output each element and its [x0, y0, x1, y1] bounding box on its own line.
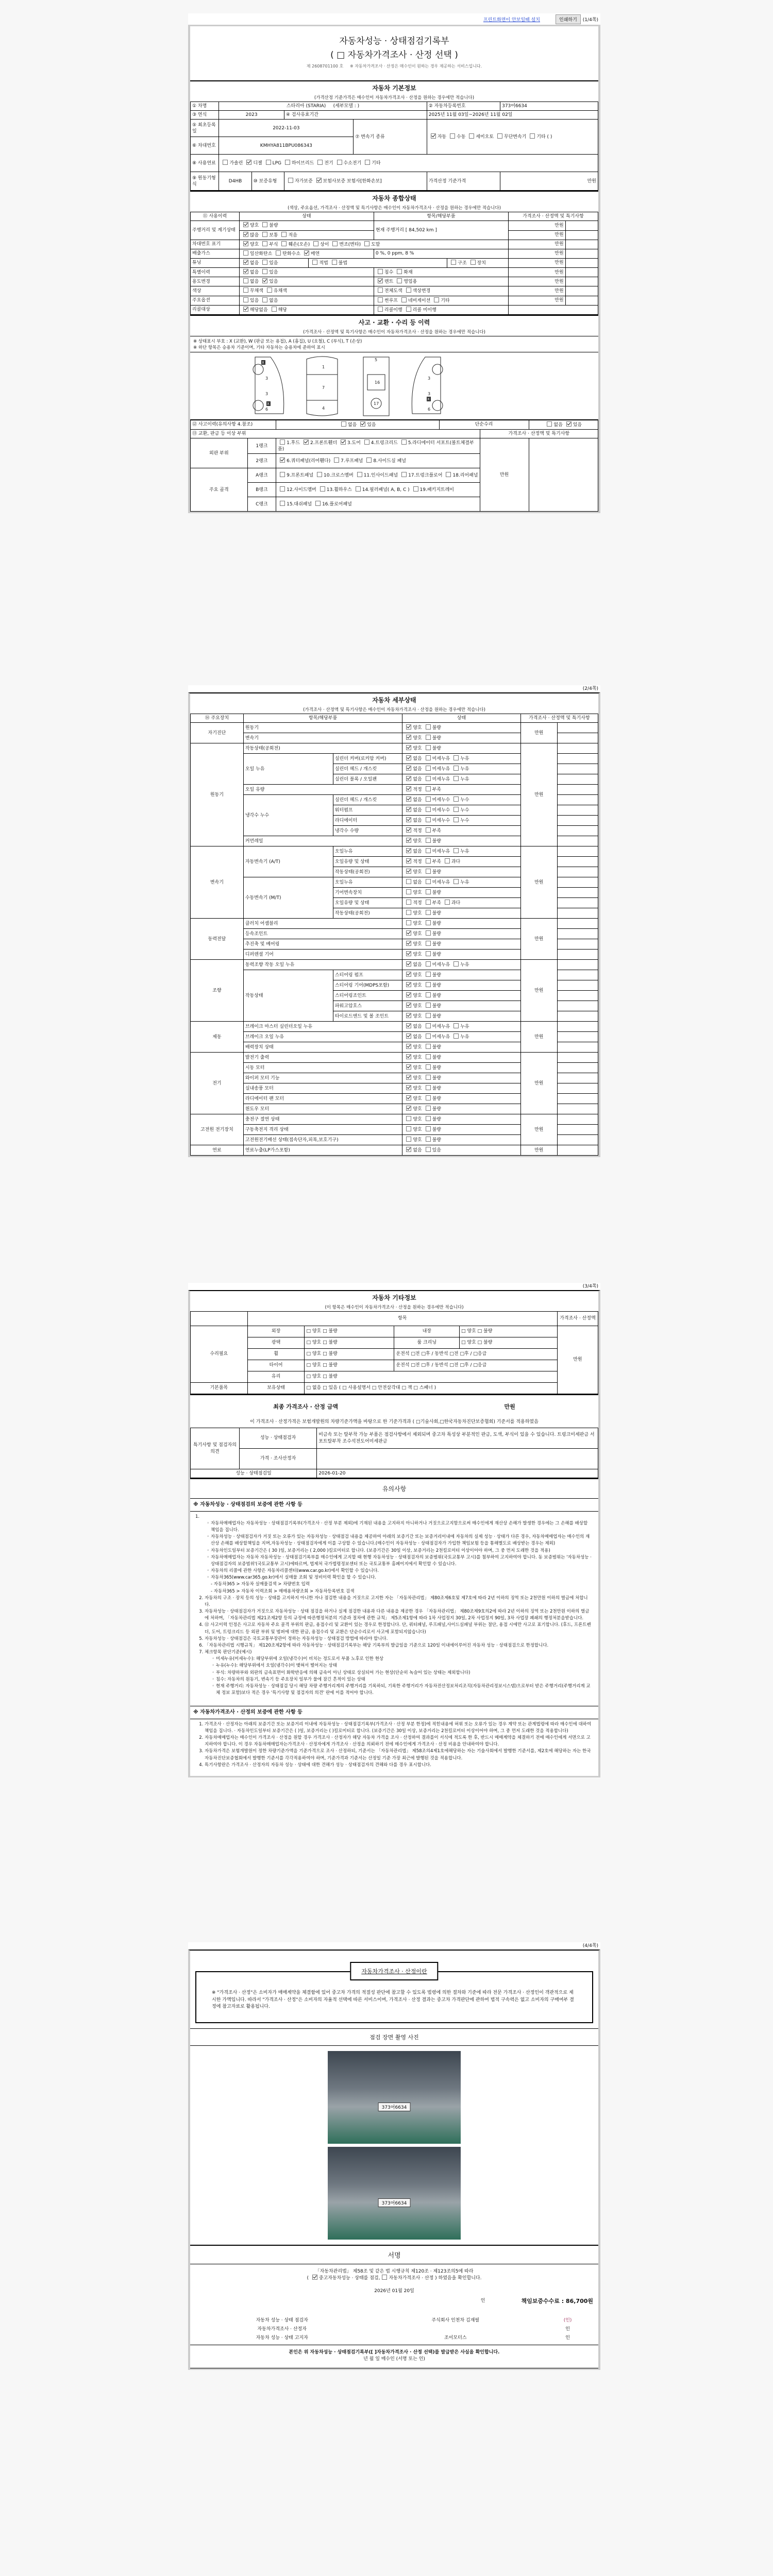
checkbox [426, 879, 431, 884]
install-link[interactable]: 프린트화면이 안보일때 설치 [483, 16, 540, 23]
checkbox-label: 없음 [250, 270, 259, 275]
svg-text:3: 3 [428, 392, 430, 396]
checkbox [406, 827, 411, 833]
checkbox [406, 992, 411, 997]
checkbox [281, 232, 287, 237]
checkbox [406, 786, 411, 791]
checkbox [378, 287, 383, 293]
checkbox-label: 보험사보증 보험사[한화손보] [323, 179, 382, 184]
overall-row: 주행거리 및 계기상태양호 불량현재 주행거리 [ 84,502 km ]만원 [191, 221, 598, 230]
checkbox [453, 796, 459, 802]
checkbox-label: 렌트 [384, 279, 393, 284]
accident-header: 사고 · 교환 · 수리 등 이력(가격조사 · 산정액 및 특기사항은 매수인… [190, 315, 598, 336]
svg-text:7: 7 [322, 385, 325, 390]
checkbox [426, 858, 431, 863]
checkbox-label: 14.필러패널( A, B, C ) [362, 487, 410, 493]
checkbox [426, 941, 431, 946]
checkbox-label: 많음 [250, 233, 259, 238]
checkbox [566, 421, 572, 427]
page-number: (2/4쪽) [188, 685, 600, 692]
checkbox-label: 7.루프패널 [341, 459, 363, 464]
checkbox-label: 무단변속기 [504, 134, 526, 140]
checkbox [469, 133, 474, 139]
overall-row: 차대번호 표기양호 부식 훼손(오손) 상이 변조(변타) 도말만원 [191, 240, 598, 249]
checkbox-label: 장치 [477, 261, 486, 266]
checkbox [401, 439, 407, 445]
notice-body: ※ 자동차성능 · 상태점검의 보증에 관한 사항 등 1. 자동차매매업자는 … [190, 1498, 598, 1776]
checkbox-label: 유채색 [274, 289, 287, 294]
appraisal-notice-item: 가격조사 · 산정자는 아래의 보증기간 또는 보증거리 이내에 자동차성능 ·… [205, 1721, 593, 1735]
checkbox-label: 4.트렁크리드 [371, 440, 398, 446]
checkbox [426, 951, 431, 956]
checkbox-label: 매연 [311, 251, 320, 257]
checkbox-label: 있음 [367, 422, 376, 428]
checkbox [453, 879, 459, 884]
checkbox [426, 1116, 431, 1121]
checkbox [366, 457, 372, 463]
checkbox-label: 적음 [288, 233, 297, 238]
svg-text:X: X [427, 397, 430, 401]
checkbox [406, 910, 411, 915]
checkbox [426, 1126, 431, 1131]
checkbox [312, 260, 317, 265]
checkbox [426, 930, 431, 936]
checkbox [406, 838, 411, 843]
checkbox [426, 745, 431, 750]
checkbox [406, 869, 411, 874]
appraisal-notice-item: 자동차매매업자는 매수인이 가격조사 · 산정을 원할 경우 가격조사 · 산정… [205, 1735, 593, 1748]
photo-header: 점검 장면 촬영 사진 [190, 2028, 598, 2045]
checkbox [243, 250, 248, 256]
checkbox-label: 없음 [269, 298, 278, 303]
checkbox [357, 472, 362, 477]
checkbox [401, 297, 407, 302]
checkbox [280, 486, 285, 492]
checkbox [378, 278, 383, 283]
checkbox [243, 232, 248, 237]
checkbox-label: 있음 [269, 261, 278, 266]
checkbox-label: 15.대쉬패널 [287, 502, 312, 507]
checkbox-label: 네비게이션 [408, 298, 430, 303]
seal-icon: 인 [537, 2325, 598, 2332]
checkbox [406, 889, 411, 894]
confirm-inspection-checkbox [312, 2275, 317, 2280]
notice-bullet: 자동차인도일부터 보증기간은 ( 30 )일, 보증거리는 ( 2,000 )킬… [211, 1548, 593, 1554]
doc-number: 제 2608701100 호 [307, 64, 343, 69]
checkbox [223, 160, 228, 165]
checkbox [406, 1137, 411, 1142]
page-2: (2/4쪽) 자동차 세부상태(가격조사 · 산정액 및 특기사항은 매수인이 … [188, 685, 600, 1157]
detail-table: ⑭ 주요장치항목/해당부품상태가격조사 · 산정액 및 특기사항자기진단원동기양… [190, 714, 598, 1156]
overall-header: 자동차 종합상태(색상, 주요옵션, 가격조사 · 산정액 및 특기사항은 매수… [190, 191, 598, 212]
notice-header: 유의사항 [190, 1478, 598, 1498]
checkbox-label: 전기 [324, 161, 333, 166]
notice-bullet: 자동차매매업자는 자동차성능 · 상태점검기록부(가격조사 · 산정 부분 제외… [211, 1520, 593, 1534]
checkbox-label: 적법 [319, 261, 328, 266]
checkbox [262, 269, 267, 274]
checkbox [280, 457, 285, 463]
checkbox [334, 457, 339, 463]
checkbox-label: 상이 [320, 242, 329, 247]
checkbox [434, 297, 439, 302]
checkbox [426, 910, 431, 915]
detail-row: 전기발전기 출력양호 불량만원 [191, 1053, 598, 1063]
checkbox [341, 421, 346, 427]
seal-icon: (인) [537, 2316, 598, 2323]
checkbox [406, 900, 411, 905]
checkbox [397, 278, 402, 283]
checkbox-label: 수소전기 [344, 161, 362, 166]
checkbox [406, 1033, 411, 1039]
appraisal-notice-item: 특기사항란은 가격조사 · 산정자의 자동차 성능 · 상태에 대한 견해가 성… [205, 1762, 593, 1769]
checkbox [320, 486, 325, 492]
checkbox-label: 구조 [458, 261, 466, 266]
checkbox-label: 무채색 [250, 289, 263, 294]
other-row: 타이어□ 양호 □ 불량운전석 □전 □후 / 동반석 □전 □후 / □응급 [191, 1360, 598, 1371]
checkbox-label: 불법 [339, 261, 347, 266]
checkbox [276, 250, 281, 256]
checkbox [316, 178, 322, 183]
checkbox [341, 439, 346, 445]
checkbox-label: 기타 ( ) [536, 134, 552, 140]
basic-info-table: ① 차명스타리아 (STARIA) (세부모델 : )② 자동차등록번호373어… [190, 101, 598, 191]
checkbox [470, 260, 476, 265]
checkbox [453, 817, 459, 822]
overall-row: 배출가스일산화탄소 탄화수소 매연0 %, 0 ppm, 8 %만원 [191, 249, 598, 258]
checkbox-label: 자가보증 [295, 179, 313, 184]
checkbox [280, 472, 285, 477]
checkbox [426, 1044, 431, 1049]
inspection-photo-rear: 373어6634 [328, 2147, 461, 2240]
svg-text:16: 16 [375, 380, 380, 385]
checkbox [406, 1147, 411, 1152]
checkbox-label: 있음 [250, 298, 259, 303]
checkbox [406, 879, 411, 884]
detail-row: 조향동력조향 작동 오일 누유없음 미세누유 누유만원 [191, 960, 598, 970]
warranty-options: 자가보증 보험사보증 보험사[한화손보] [284, 172, 427, 191]
checkbox [243, 278, 248, 283]
checkbox-label: 1.후드 [287, 440, 300, 446]
detail-row: 변속기자동변속기 (A/T)오일누유없음 미세누유 누유만원 [191, 846, 598, 857]
checkbox-label: 6.쿼터패널(리어휀다) [287, 459, 330, 464]
checkbox [243, 297, 248, 302]
checkbox [406, 766, 411, 771]
checkbox [262, 278, 267, 283]
checkbox-label: 없음 [348, 422, 357, 428]
checkbox-label: 보통 [269, 233, 278, 238]
criteria-bullet: 미세누유(미세누수): 해당부위에 오일(냉각수)이 비치는 정도로서 부품 노… [216, 1656, 593, 1663]
checkbox [426, 1003, 431, 1008]
checkbox [445, 858, 450, 863]
overall-row: 리콜대상해당없음 해당리콜이행 리콜 미이행 [191, 305, 598, 314]
checkbox-label: 리콜 미이행 [413, 308, 436, 313]
checkbox [304, 439, 309, 445]
checkbox [406, 1044, 411, 1049]
notice-item: 체크항목 판단기준(예시) [205, 1649, 593, 1656]
checkbox [406, 1116, 411, 1121]
checkbox [453, 776, 459, 781]
checkbox [453, 1023, 459, 1028]
svg-text:3: 3 [265, 392, 268, 396]
status-legend: ※ 상태표시 부호 : X (교환), W (판금 또는 용접), A (흠집)… [190, 336, 598, 352]
svg-text:X: X [262, 361, 264, 365]
checkbox [426, 982, 431, 987]
overall-row: 튜닝없음 있음적법 불법구조 장치만원 [191, 258, 598, 267]
inspection-date: 2026-01-20 [317, 1469, 598, 1478]
checkbox [304, 250, 309, 256]
checkbox [262, 297, 267, 302]
notice-item: ⑫ 사고이력 인정은 사고로 자동차 주요 골격 부위의 판금, 용접수리 및 … [205, 1622, 593, 1635]
notice-bullet: 자동차성능 · 상태점검자가 거짓 또는 오류가 있는 자동차성능 · 상태점검… [211, 1534, 593, 1547]
checkbox [285, 160, 290, 165]
overall-row: 용도변경없음 있음렌트 영업용만원 [191, 277, 598, 286]
checkbox [406, 1023, 411, 1028]
checkbox-label: 하이브리드 [292, 161, 314, 166]
checkbox [406, 930, 411, 936]
checkbox [406, 1085, 411, 1090]
checkbox [378, 307, 383, 312]
checkbox [426, 992, 431, 997]
confirm-appraisal-checkbox [382, 2275, 387, 2280]
checkbox [266, 160, 271, 165]
checkbox-label: 있음 [269, 279, 278, 284]
checkbox [426, 1033, 431, 1039]
checkbox-label: 해당 [278, 308, 287, 313]
basic-info-header: 자동차 기본정보(가격산정 기준가격은 매수인이 자동차가격조사 · 산정을 원… [190, 80, 598, 101]
checkbox-label: 부식 [269, 242, 278, 247]
inspection-photo-front: 373어6634 [328, 2051, 461, 2144]
checkbox [446, 472, 451, 477]
svg-text:1: 1 [322, 365, 325, 369]
svg-text:3: 3 [265, 376, 268, 381]
checkbox-label: 없음 [553, 422, 562, 428]
checkbox-label: 변조(변타) [339, 242, 361, 247]
checkbox [426, 817, 431, 822]
detail-row: 동력전달클러치 어셈블리양호 불량만원 [191, 919, 598, 929]
criteria-bullet: 누유(누수): 해당부위에서 오일(냉각수)이 맺혀서 떨어지는 상태 [216, 1663, 593, 1669]
page-number: (4/4쪽) [188, 1942, 600, 1950]
checkbox [262, 222, 267, 227]
checkbox [547, 421, 552, 427]
accident-table: ⑫ 사고이력(유의사항 4.참조)없음 있음단순수리없음 있음⑬ 교환, 판금 … [190, 420, 598, 512]
detail-row: 제동브레이크 마스터 실린더오일 누유없음 미세누유 누유만원 [191, 1022, 598, 1032]
checkbox [426, 972, 431, 977]
checkbox [406, 817, 411, 822]
checkbox [406, 920, 411, 925]
part-rank-row: 외판 부위1랭크1.후드 2.프론트휀더 3.도어 4.트렁크리드 5.라디에이… [191, 438, 598, 454]
checkbox [281, 241, 287, 246]
checkbox [364, 439, 369, 445]
checkbox [453, 766, 459, 771]
checkbox [445, 900, 450, 905]
checkbox-label: 자동 [438, 134, 446, 140]
opinion-table: 특기사항 및 점검자의 의견성능 · 상태점검자비금속 또는 탈부착 가능 부품… [190, 1428, 598, 1478]
checkbox [262, 241, 267, 246]
page-1: 프린트화면이 안보일때 설치 인쇄하기 (1/4쪽) 자동차성능 · 상태점검기… [188, 13, 600, 513]
warranty-fee: 책임보증수수료 : 86,700원 [521, 2297, 593, 2305]
checkbox [378, 269, 383, 274]
checkbox [243, 287, 248, 293]
checkbox [453, 807, 459, 812]
checkbox [262, 260, 267, 265]
checkbox-label: 불량 [269, 223, 278, 228]
page-3: (3/4쪽) 자동차 기타정보(이 항목은 매수인이 자동차가격조사 · 산정을… [188, 1283, 600, 1777]
checkbox [337, 160, 342, 165]
checkbox-label: 기타 [372, 161, 380, 166]
checkbox-label: 10.크로스멤버 [324, 473, 354, 478]
checkbox [426, 755, 431, 760]
checkbox [406, 1106, 411, 1111]
checkbox-label: 양호 [250, 223, 259, 228]
checkbox-label: 침수 [384, 270, 393, 275]
checkbox [332, 260, 337, 265]
final-price: 최종 가격조사 · 산정 금액만원 [190, 1394, 598, 1418]
transmission-options: 자동 수동 세미오토 무단변속기 기타 ( ) [427, 120, 598, 155]
checkbox-label: 세미오토 [476, 134, 494, 140]
checkbox [426, 735, 431, 740]
checkbox [426, 838, 431, 843]
fuel-options: 가솔린 디젤 LPG 하이브리드 전기 수소전기 기타 [219, 155, 598, 172]
checkbox-label: 11.인사이드패널 [364, 473, 398, 478]
signer-row: 자동차가격조사 · 산정자인 [190, 2324, 598, 2333]
checkbox [426, 848, 431, 853]
svg-text:17: 17 [374, 401, 379, 406]
checkbox [406, 858, 411, 863]
checkbox [453, 1033, 459, 1039]
checkbox [406, 941, 411, 946]
checkbox-label: 영업용 [404, 279, 417, 284]
checkbox-label: 9.프론트패널 [287, 473, 313, 478]
other-row: 휠□ 양호 □ 불량운전석 □전 □후 / 동반석 □전 □후 / □응급 [191, 1349, 598, 1360]
checkbox-label: 없음 [250, 279, 259, 284]
checkbox [426, 1023, 431, 1028]
checkbox-label: 색상변경 [413, 289, 431, 294]
checkbox [426, 1085, 431, 1090]
appraiser-opinion [317, 1449, 598, 1469]
checkbox [453, 755, 459, 760]
checkbox-label: 리콜이행 [384, 308, 402, 313]
title-main: 자동차성능 · 상태점검기록부 [190, 33, 598, 46]
checkbox [267, 287, 272, 293]
checkbox [426, 920, 431, 925]
price-basis: 이 가격조사 · 산정가격은 보험개발원의 차량기준가액을 바탕으로 한 기준가… [190, 1418, 598, 1428]
checkbox [401, 472, 407, 477]
seal-icon: 인 [537, 2334, 598, 2341]
detail-row: 연료연료누출(LP가스포함)없음 있음만원 [191, 1145, 598, 1156]
print-button[interactable]: 인쇄하기 [556, 14, 581, 24]
criteria-bullet: 침수: 자동차의 원동기, 변속기 등 주요장치 일부가 물에 잠긴 흔적이 있… [216, 1676, 593, 1683]
detail-row: 원동기작동상태(공회전)양호 불량만원 [191, 743, 598, 754]
checkbox [426, 776, 431, 781]
checkbox [426, 807, 431, 812]
svg-text:5: 5 [375, 358, 377, 362]
checkbox-label: 있음 [269, 270, 278, 275]
checkbox [406, 776, 411, 781]
checkbox [426, 1147, 431, 1152]
checkbox [243, 260, 248, 265]
notice-item: 자동차성능 · 상태점검은 국토교통부장관이 정하는 자동차성능 · 상태점검 … [205, 1636, 593, 1642]
checkbox [262, 232, 267, 237]
notice-bullet: 자동차매매업자는 자동차 자동차성능 · 상태점검기록부를 매수인에게 고지할 … [211, 1554, 593, 1568]
checkbox [397, 269, 402, 274]
checkbox [426, 869, 431, 874]
checkbox [453, 848, 459, 853]
checkbox [426, 1013, 431, 1018]
svg-text:6: 6 [428, 407, 430, 412]
checkbox [243, 269, 248, 274]
other-header: 자동차 기타정보(이 항목은 매수인이 자동차가격조사 · 산정을 원하는 경우… [190, 1291, 598, 1311]
checkbox [317, 160, 323, 165]
signature-header: 서명 [190, 2245, 598, 2264]
checkbox [288, 178, 293, 183]
checkbox [426, 766, 431, 771]
checkbox [426, 900, 431, 905]
svg-text:X: X [267, 402, 270, 406]
appraisal-info-box: 자동차가격조사 · 산정이란 ※ "가격조사 · 산정"은 소비자가 매매계약을… [190, 1951, 598, 2028]
inspector-opinion: 비금속 또는 탈부착 가능 부품은 점검사항에서 제외되며 중고차 특성상 부분… [317, 1428, 598, 1449]
checkbox [315, 501, 321, 506]
svg-text:4: 4 [322, 406, 325, 411]
checkbox-label: 있음 [573, 422, 582, 428]
checkbox-label: 수동 [457, 134, 465, 140]
checkbox [406, 982, 411, 987]
checkbox [406, 1054, 411, 1059]
checkbox-label: 썬루프 [384, 298, 398, 303]
checkbox [406, 951, 411, 956]
checkbox-label: 8.사이드실 패널 [373, 459, 406, 464]
detail-row: 자기진단원동기양호 불량만원 [191, 723, 598, 733]
checkbox-label: 3.도어 [347, 440, 361, 446]
checkbox [406, 755, 411, 760]
top-bar: 프린트화면이 안보일때 설치 인쇄하기 (1/4쪽) [188, 13, 600, 25]
notice-item: 자동차의 구조 · 장치 등의 성능 · 상태를 고지하지 아니한 자나 점검한… [205, 1595, 593, 1608]
document-title: 자동차성능 · 상태점검기록부 ( □ 자동차가격조사 · 산정 선택 ) 제 … [190, 26, 598, 75]
checkbox [530, 133, 535, 139]
checkbox [426, 796, 431, 802]
car-outline-icon: 174 16175 336 336 XXX [250, 354, 539, 418]
car-diagram: 174 16175 336 336 XXX [190, 352, 598, 420]
checkbox-label: 전체도색 [384, 289, 402, 294]
checkbox [426, 1095, 431, 1100]
checkbox [426, 1054, 431, 1059]
checkbox [413, 486, 418, 492]
checkbox [431, 133, 436, 139]
page-4: (4/4쪽) 자동차가격조사 · 산정이란 ※ "가격조사 · 산정"은 소비자… [188, 1942, 600, 2370]
checkbox-label: 디젤 [253, 161, 262, 166]
checkbox [406, 796, 411, 802]
checkbox [243, 222, 248, 227]
checkbox-label: 해당없음 [250, 308, 268, 313]
checkbox-label: LPG [273, 161, 281, 166]
signature-section: 「자동차관리법」 제58조 및 같은 법 시행규칙 제120조 · 제123조의… [190, 2264, 598, 2342]
checkbox [426, 961, 431, 967]
checkbox-label: 가솔린 [229, 161, 243, 166]
checkbox [406, 745, 411, 750]
other-row: 유리□ 양호 □ 불량 [191, 1371, 598, 1383]
checkbox [356, 486, 361, 492]
checkbox-label: 없음 [250, 261, 259, 266]
checkbox [406, 724, 411, 730]
page-number: (3/4쪽) [188, 1283, 600, 1290]
checkbox [406, 848, 411, 853]
checkbox [272, 307, 277, 312]
checkbox [426, 827, 431, 833]
overall-row: 특별이력없음 있음침수 화재만원 [191, 268, 598, 277]
checkbox-label: 13.휠하우스 [327, 487, 352, 493]
checkbox-label: 일산화탄소 [250, 251, 272, 257]
checkbox [378, 297, 383, 302]
checkbox-label: 화재 [404, 270, 412, 275]
